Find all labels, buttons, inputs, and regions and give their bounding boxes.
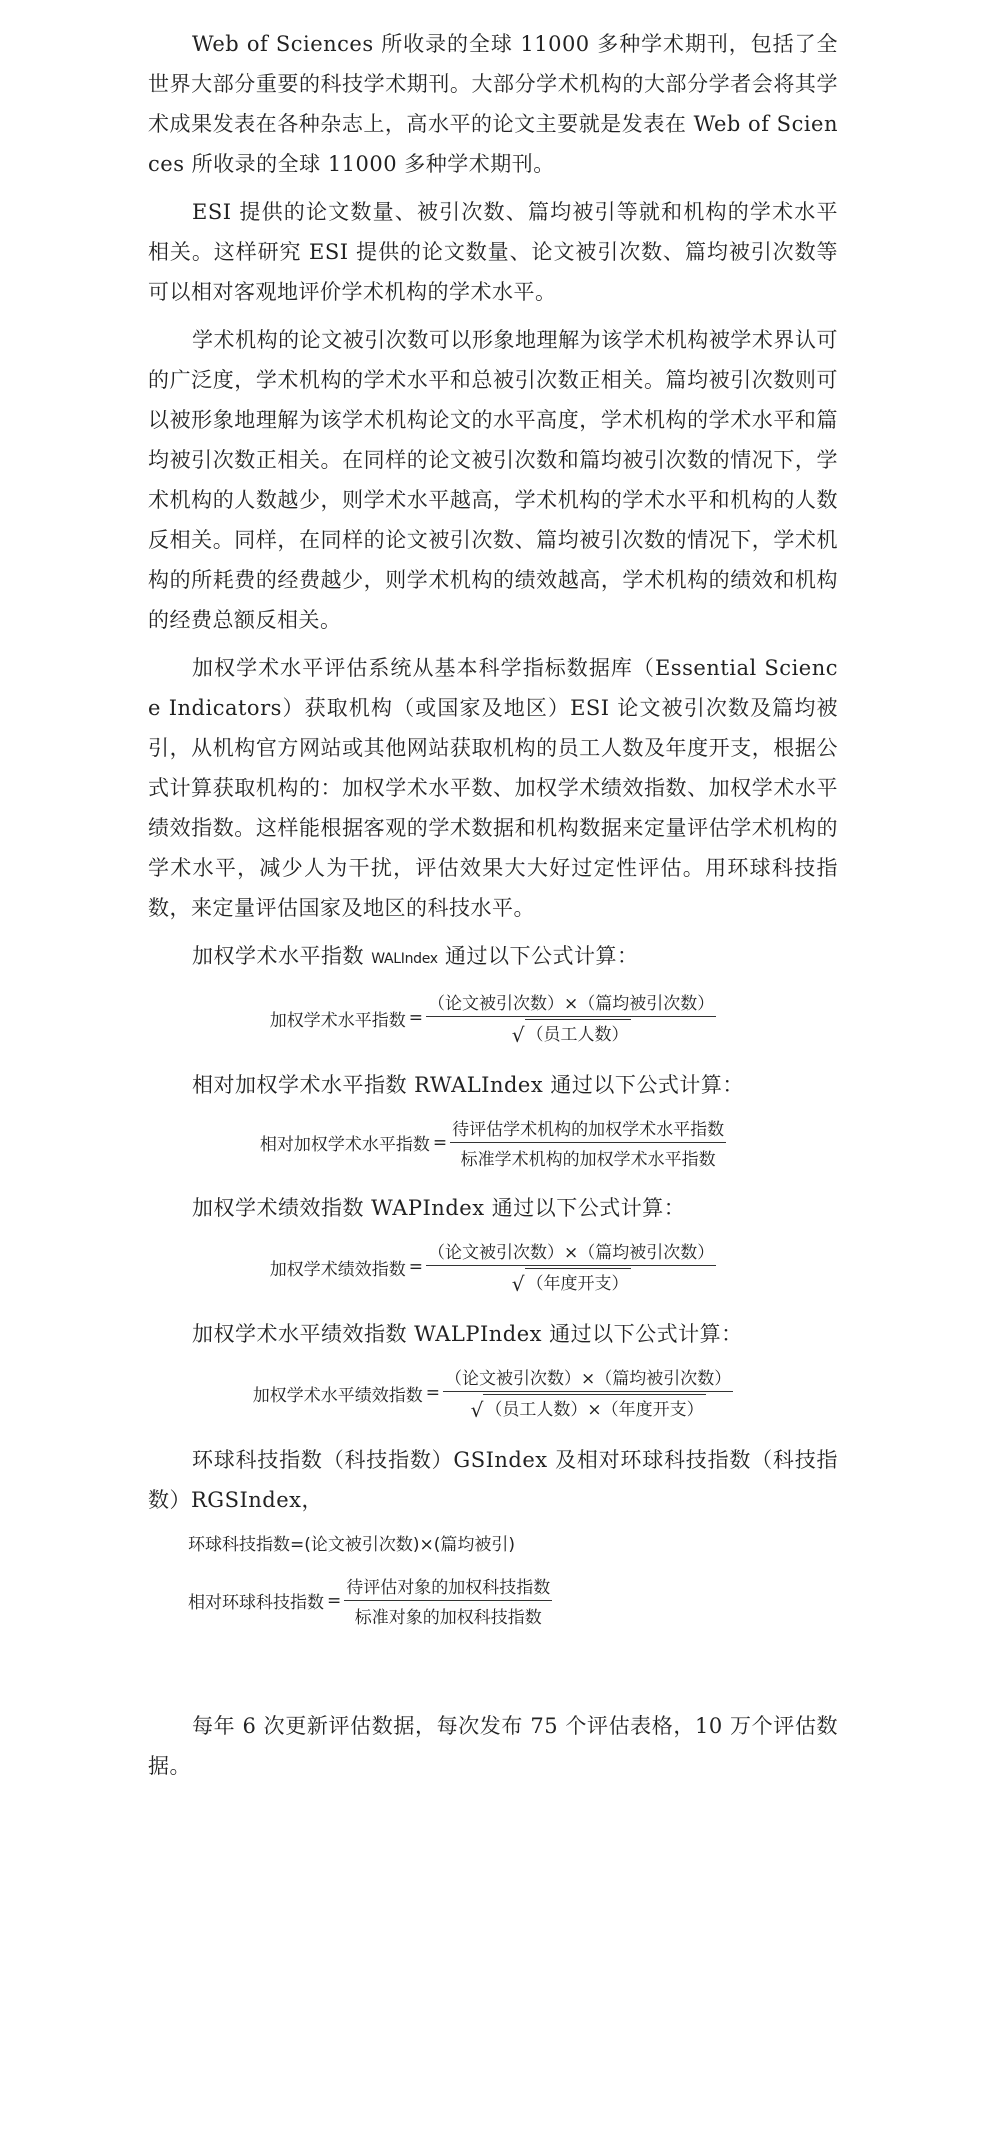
formula-fraction: （论文被引次数）×（篇均被引次数） √（员工人数）	[426, 989, 716, 1047]
spacer	[148, 1646, 838, 1706]
sqrt-icon: √	[471, 1400, 484, 1420]
formula-numerator: 待评估对象的加权科技指数	[344, 1573, 552, 1600]
walindex-code: WALIndex	[371, 951, 438, 967]
formula-numerator: （论文被引次数）×（篇均被引次数）	[426, 989, 716, 1016]
formula-lhs: 相对加权学术水平指数	[260, 1130, 430, 1155]
walpindex-intro: 加权学术水平绩效指数 WALPIndex 通过以下公式计算：	[148, 1314, 838, 1354]
formula-equals: =	[406, 1257, 426, 1277]
wapindex-formula: 加权学术绩效指数 = （论文被引次数）×（篇均被引次数） √（年度开支）	[148, 1238, 838, 1296]
formula-denominator: √（员工人数）	[426, 1016, 716, 1047]
walindex-intro-suffix: 通过以下公式计算：	[438, 944, 639, 968]
formula-lhs: 加权学术水平绩效指数	[253, 1381, 423, 1406]
paragraph-update-frequency: 每年 6 次更新评估数据，每次发布 75 个评估表格，10 万个评估数据。	[148, 1706, 838, 1786]
formula-numerator: 待评估学术机构的加权学术水平指数	[450, 1115, 726, 1142]
formula-fraction: （论文被引次数）×（篇均被引次数） √（年度开支）	[426, 1238, 716, 1296]
walindex-intro: 加权学术水平指数 WALIndex 通过以下公式计算：	[148, 936, 838, 979]
walpindex-formula: 加权学术水平绩效指数 = （论文被引次数）×（篇均被引次数） √（员工人数）×（…	[148, 1364, 838, 1422]
sqrt-radicand: （员工人数）	[525, 1019, 631, 1045]
gsindex-formula-text: 环球科技指数=(论文被引次数)×(篇均被引)	[188, 1530, 515, 1555]
sqrt: √（员工人数）	[512, 1019, 631, 1045]
formula-denominator: 标准学术机构的加权学术水平指数	[450, 1142, 726, 1170]
formula-denominator: √（员工人数）×（年度开支）	[443, 1391, 733, 1422]
sqrt-radicand: （员工人数）×（年度开支）	[483, 1394, 705, 1420]
walindex-formula: 加权学术水平指数 = （论文被引次数）×（篇均被引次数） √（员工人数）	[148, 989, 838, 1047]
sqrt-radicand: （年度开支）	[525, 1268, 631, 1294]
rwalindex-intro: 相对加权学术水平指数 RWALIndex 通过以下公式计算：	[148, 1065, 838, 1105]
rwalindex-formula: 相对加权学术水平指数 = 待评估学术机构的加权学术水平指数 标准学术机构的加权学…	[148, 1115, 838, 1170]
formula-fraction: 待评估对象的加权科技指数 标准对象的加权科技指数	[344, 1573, 552, 1628]
wapindex-intro: 加权学术绩效指数 WAPIndex 通过以下公式计算：	[148, 1188, 838, 1228]
formula-equals: =	[423, 1383, 443, 1403]
paragraph-web-of-sciences: Web of Sciences 所收录的全球 11000 多种学术期刊，包括了全…	[148, 24, 838, 184]
formula-fraction: 待评估学术机构的加权学术水平指数 标准学术机构的加权学术水平指数	[450, 1115, 726, 1170]
paragraph-gsindex: 环球科技指数（科技指数）GSIndex 及相对环球科技指数（科技指数）RGSIn…	[148, 1440, 838, 1520]
formula-denominator: √（年度开支）	[426, 1265, 716, 1296]
sqrt: √（员工人数）×（年度开支）	[471, 1394, 706, 1420]
formula-numerator: （论文被引次数）×（篇均被引次数）	[443, 1364, 733, 1391]
sqrt-icon: √	[512, 1274, 525, 1294]
walindex-intro-prefix: 加权学术水平指数	[192, 944, 371, 968]
formula-numerator: （论文被引次数）×（篇均被引次数）	[426, 1238, 716, 1265]
sqrt: √（年度开支）	[512, 1268, 631, 1294]
rgsindex-formula: 相对环球科技指数 = 待评估对象的加权科技指数 标准对象的加权科技指数	[148, 1573, 838, 1628]
formula-denominator: 标准对象的加权科技指数	[344, 1600, 552, 1628]
formula-equals: =	[324, 1591, 344, 1611]
formula-lhs: 相对环球科技指数	[188, 1588, 324, 1613]
formula-lhs: 加权学术绩效指数	[270, 1255, 406, 1280]
paragraph-evaluation-system: 加权学术水平评估系统从基本科学指标数据库（Essential Science I…	[148, 648, 838, 928]
formula-fraction: （论文被引次数）×（篇均被引次数） √（员工人数）×（年度开支）	[443, 1364, 733, 1422]
document-page: Web of Sciences 所收录的全球 11000 多种学术期刊，包括了全…	[148, 24, 838, 1794]
paragraph-citations: 学术机构的论文被引次数可以形象地理解为该学术机构被学术界认可的广泛度，学术机构的…	[148, 320, 838, 640]
gsindex-formula: 环球科技指数=(论文被引次数)×(篇均被引)	[148, 1530, 838, 1555]
formula-lhs: 加权学术水平指数	[270, 1006, 406, 1031]
formula-equals: =	[430, 1133, 450, 1153]
paragraph-esi: ESI 提供的论文数量、被引次数、篇均被引等就和机构的学术水平相关。这样研究 E…	[148, 192, 838, 312]
formula-equals: =	[406, 1008, 426, 1028]
sqrt-icon: √	[512, 1025, 525, 1045]
